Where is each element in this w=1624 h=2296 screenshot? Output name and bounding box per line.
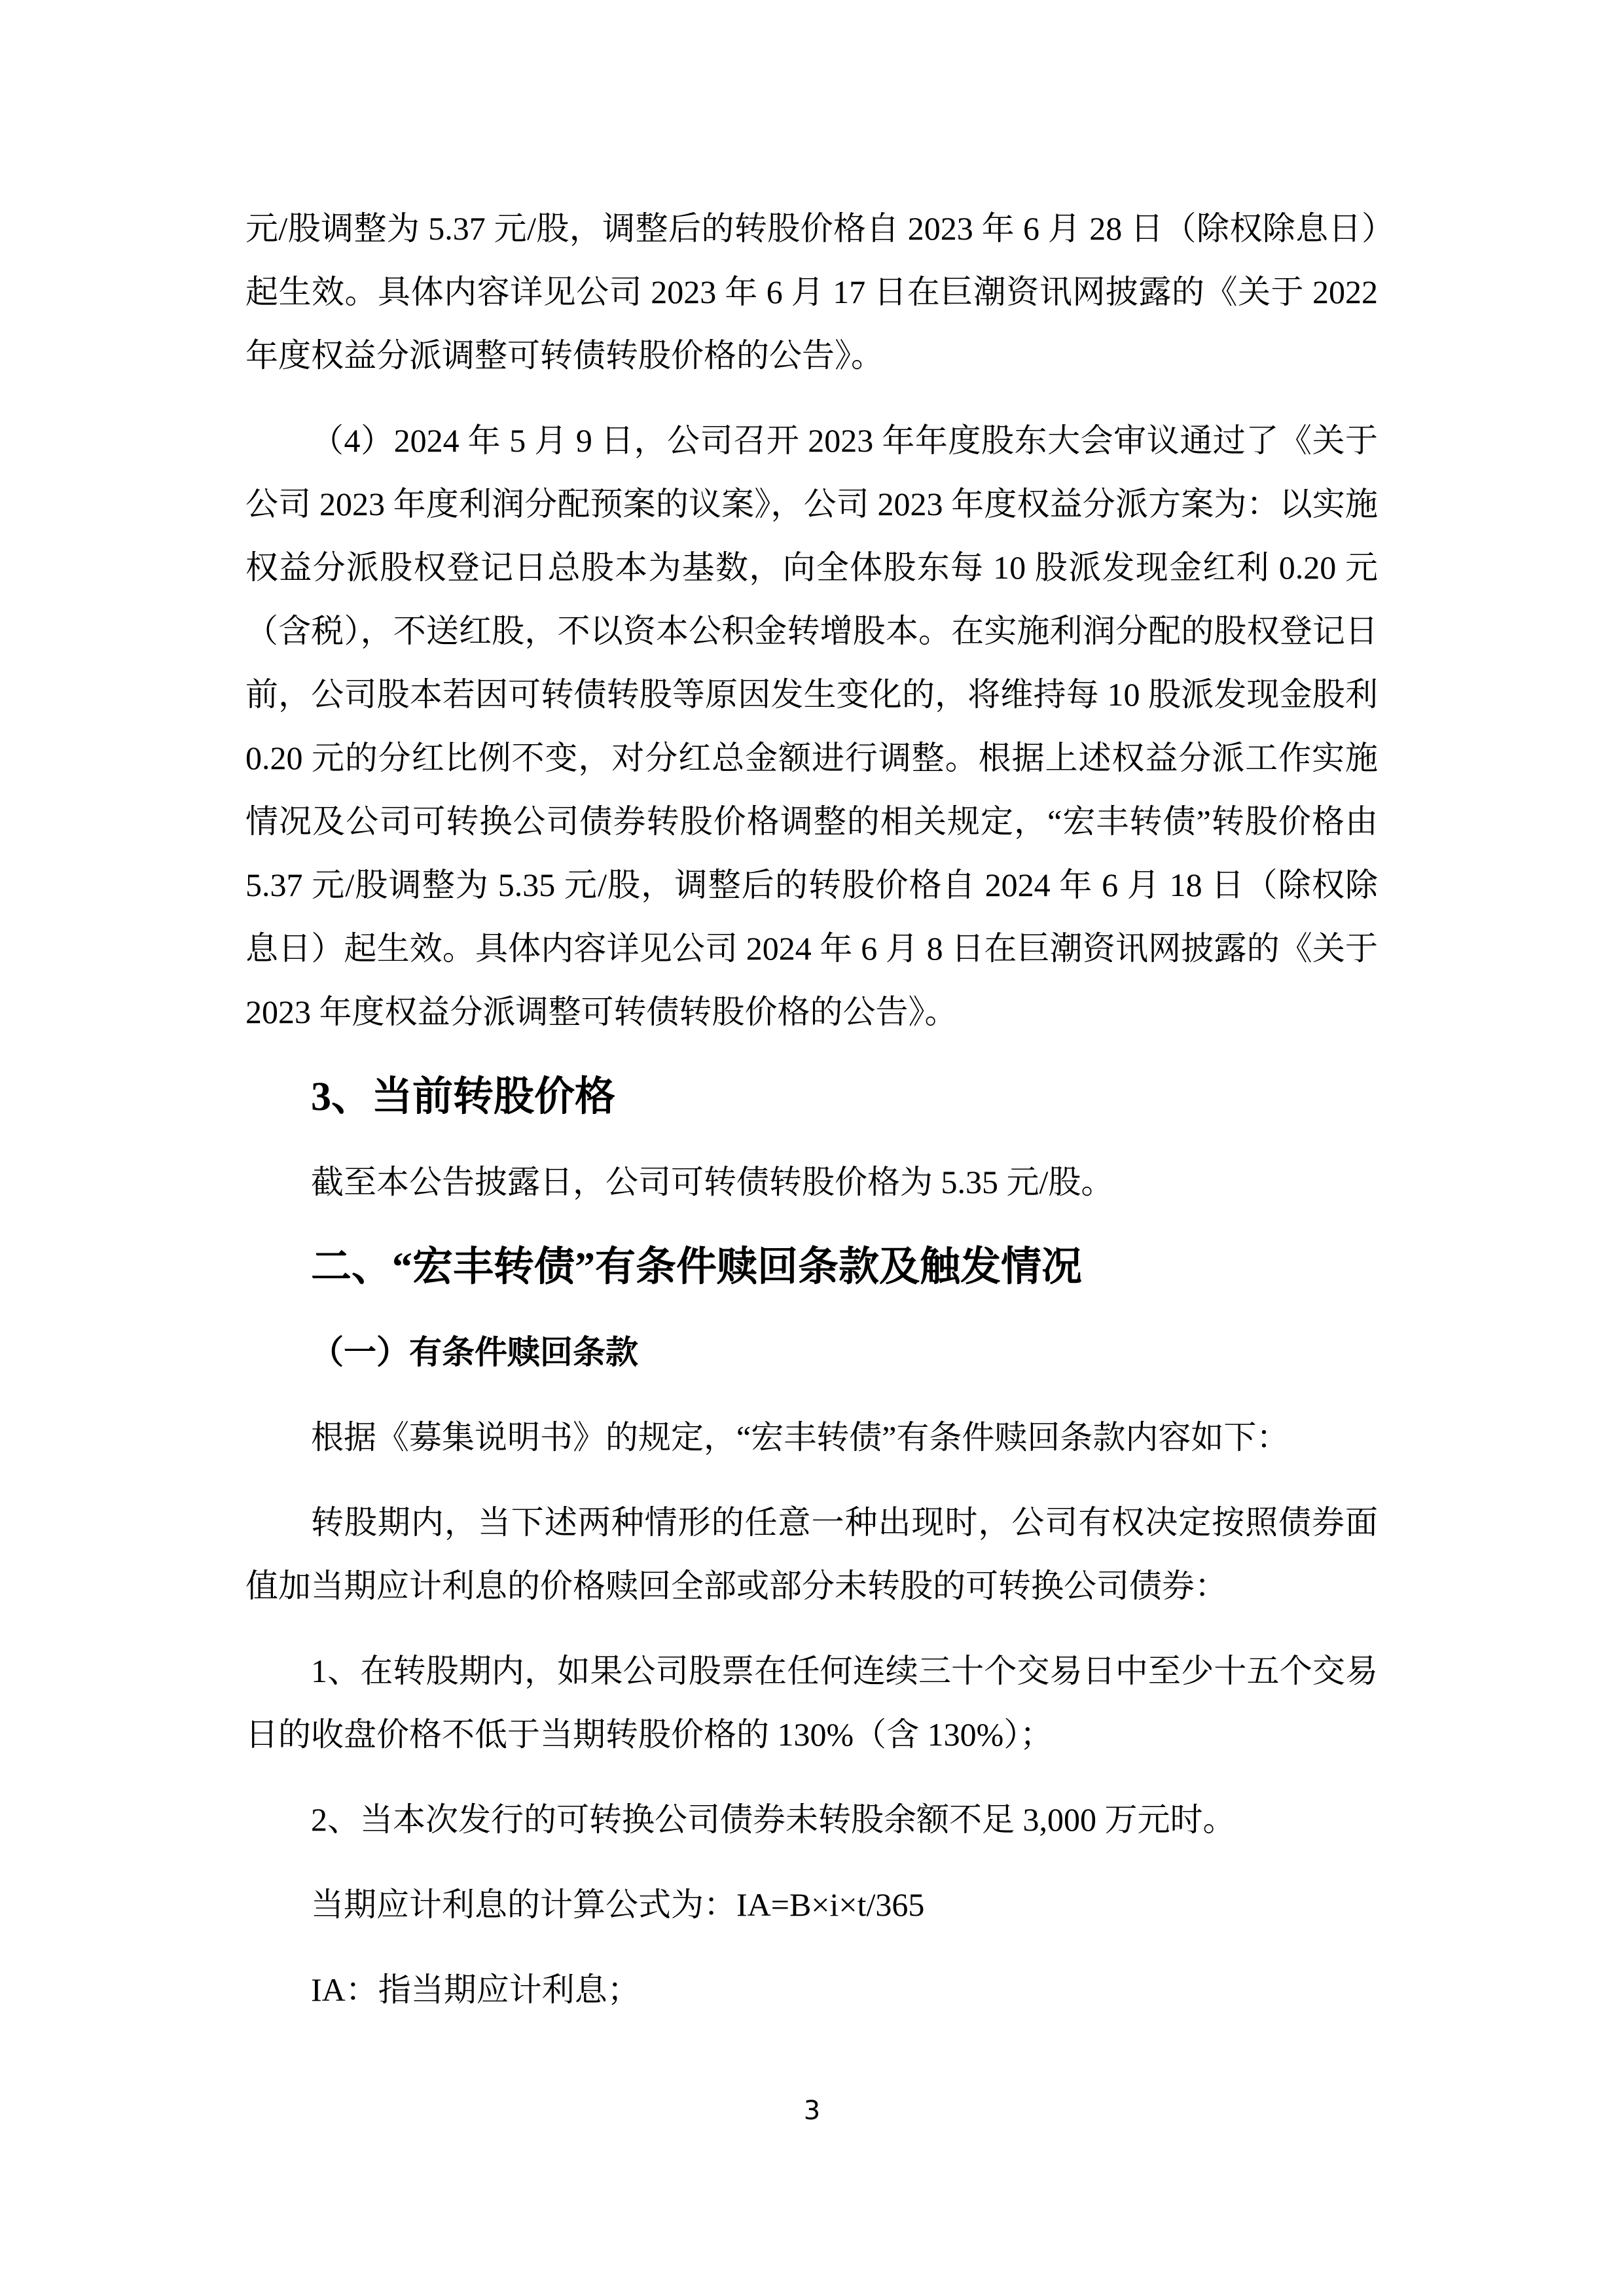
page-number: 3 [0,2094,1624,2127]
heading-conditional-redemption-terms: （一）有条件赎回条款 [245,1321,1378,1384]
paragraph-interest-formula: 当期应计利息的计算公式为：IA=B×i×t/365 [245,1873,1378,1937]
paragraph-current-price: 截至本公告披露日，公司可转债转股价格为 5.35 元/股。 [245,1151,1378,1214]
document-page: 元/股调整为 5.37 元/股，调整后的转股价格自 2023 年 6 月 28 … [0,0,1624,2296]
paragraph-continuation: 元/股调整为 5.37 元/股，调整后的转股价格自 2023 年 6 月 28 … [245,197,1378,387]
paragraph-redemption-conditions: 转股期内，当下述两种情形的任意一种出现时，公司有权决定按照债券面值加当期应计利息… [245,1491,1378,1618]
paragraph-condition-2: 2、当本次发行的可转换公司债券未转股余额不足 3,000 万元时。 [245,1788,1378,1852]
paragraph-prospectus-intro: 根据《募集说明书》的规定，“宏丰转债”有条件赎回条款内容如下： [245,1406,1378,1469]
paragraph-condition-1: 1、在转股期内，如果公司股票在任何连续三十个交易日中至少十五个交易日的收盘价格不… [245,1640,1378,1767]
heading-section-two: 二、“宏丰转债”有条件赎回条款及触发情况 [245,1236,1378,1299]
paragraph-dividend-2023: （4）2024 年 5 月 9 日，公司召开 2023 年年度股东大会审议通过了… [245,409,1378,1044]
heading-current-conversion-price: 3、当前转股价格 [245,1066,1378,1129]
paragraph-ia-definition: IA：指当期应计利息； [245,1958,1378,2022]
